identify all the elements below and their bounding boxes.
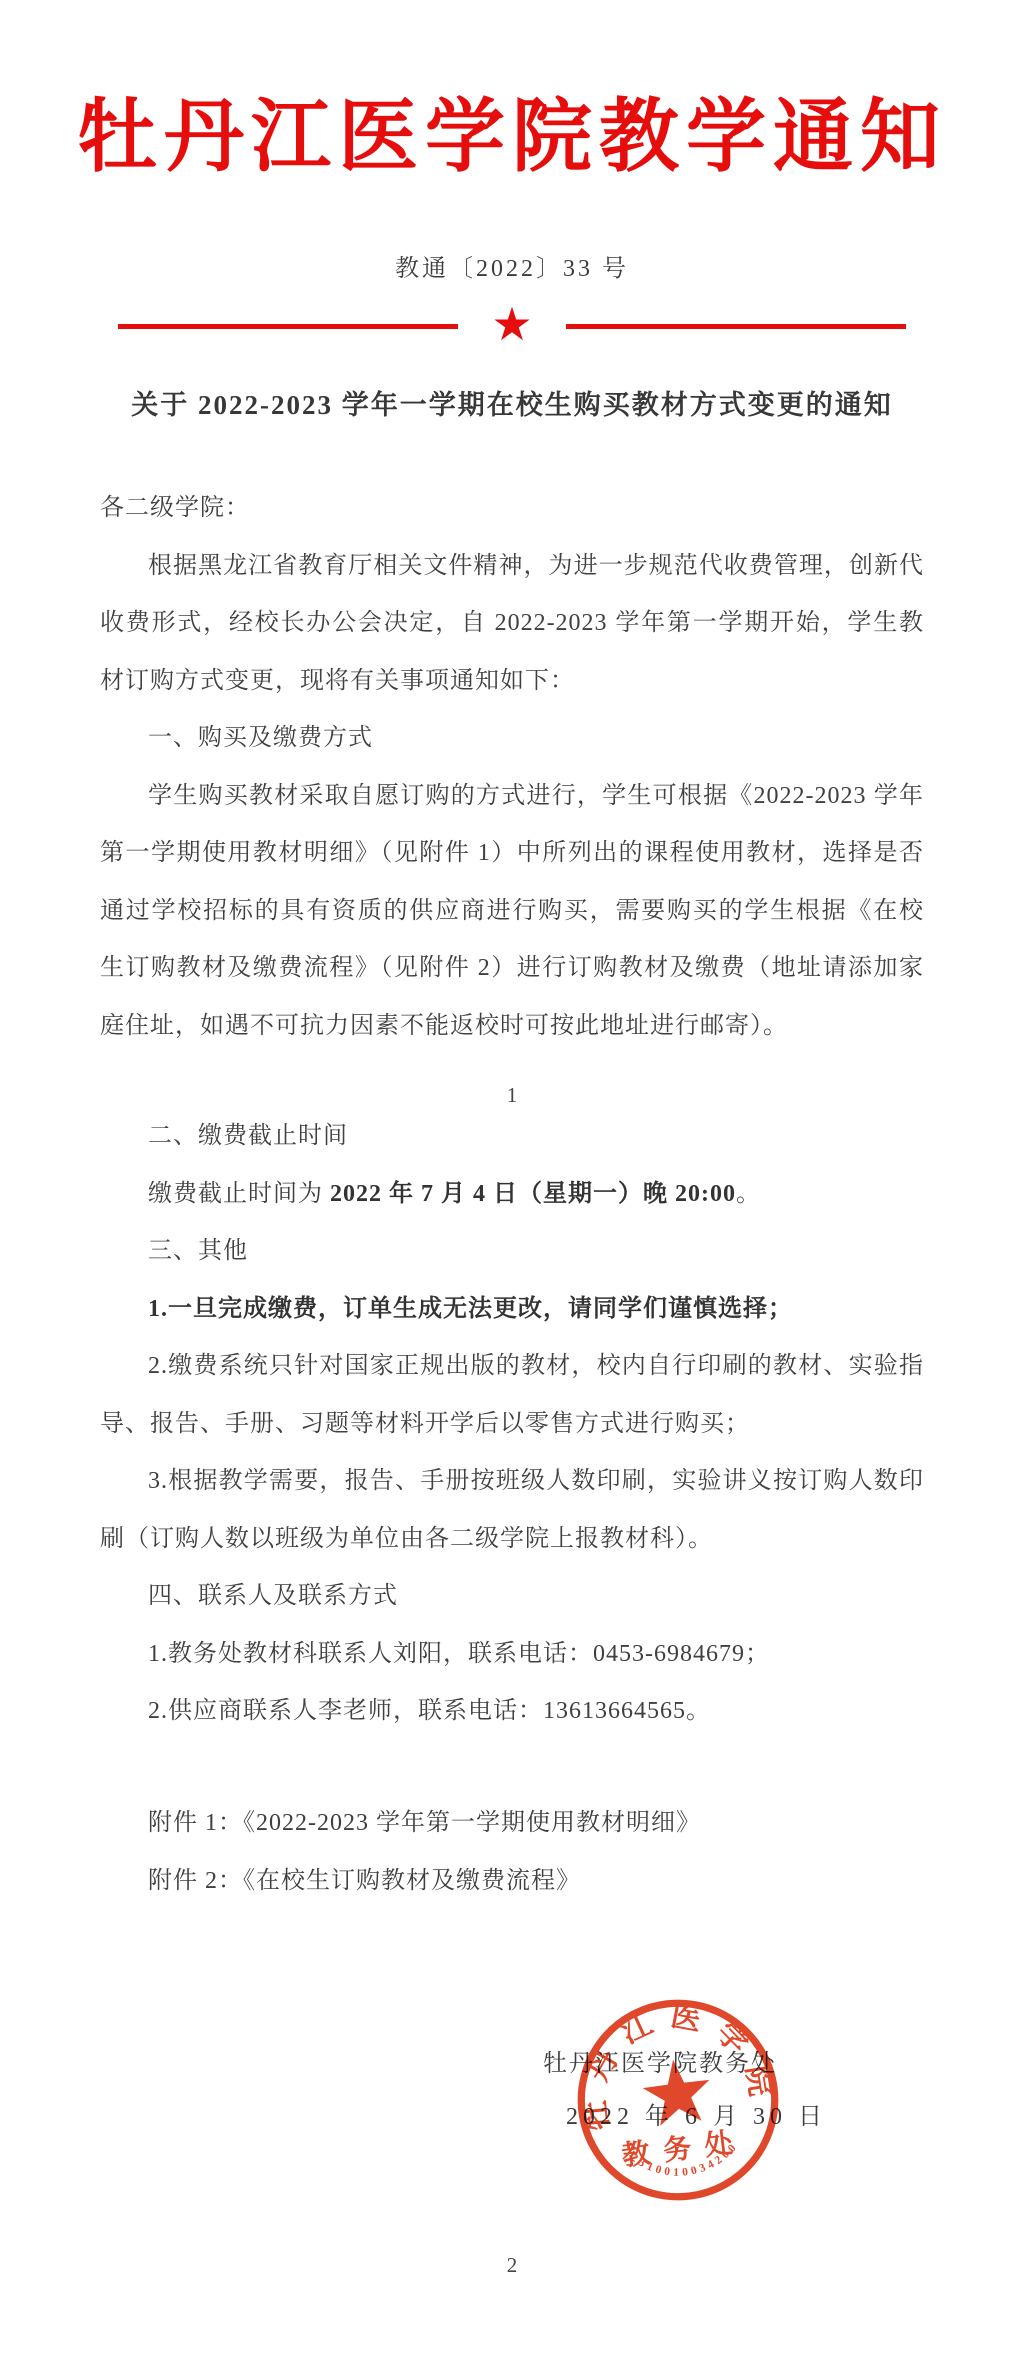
section-4-item-1: 1.教务处教材科联系人刘阳，联系电话：0453-6984679； xyxy=(100,1626,924,1684)
red-divider-left xyxy=(118,324,458,329)
deadline-datetime: 2022 年 7 月 4 日（星期一）晚 20:00 xyxy=(330,1181,736,1207)
attachment-2: 附件 2：《在校生订购教材及缴费流程》 xyxy=(100,1853,924,1911)
seal-arc-text: 牡丹江医学院 xyxy=(574,1996,780,2133)
notice-document-page: 牡丹江医学院教学通知 教通〔2022〕33 号 ★ 关于 2022-2023 学… xyxy=(0,0,1024,2353)
section-3-item-2: 2.缴费系统只针对国家正规出版的教材，校内自行印刷的教材、实验指导、报告、手册、… xyxy=(100,1338,924,1453)
section-2-heading: 二、缴费截止时间 xyxy=(100,1108,924,1166)
page-number-1: 1 xyxy=(0,1083,1024,1108)
official-seal: 牡丹江医学院 教务处 2310010034200 xyxy=(574,1996,782,2204)
seal-star-icon xyxy=(640,2056,714,2128)
page-number-2: 2 xyxy=(0,2253,1024,2278)
red-divider-right xyxy=(566,324,906,329)
section-3-item-1: 1.一旦完成缴费，订单生成无法更改，请同学们谨慎选择； xyxy=(100,1281,924,1339)
section-3-item-3: 3.根据教学需要，报告、手册按班级人数印刷，实验讲义按订购人数印刷（订购人数以班… xyxy=(100,1453,924,1568)
doc-number: 教通〔2022〕33 号 xyxy=(0,248,1024,283)
deadline-prefix: 缴费截止时间为 xyxy=(148,1181,330,1207)
salutation: 各二级学院： xyxy=(100,480,924,538)
section-3-heading: 三、其他 xyxy=(100,1223,924,1281)
body-section-page1: 各二级学院： 根据黑龙江省教育厅相关文件精神，为进一步规范代收费管理，创新代收费… xyxy=(100,480,924,1055)
intro-paragraph: 根据黑龙江省教育厅相关文件精神，为进一步规范代收费管理，创新代收费形式，经校长办… xyxy=(100,538,924,711)
document-title: 关于 2022-2023 学年一学期在校生购买教材方式变更的通知 xyxy=(0,383,1024,422)
attachments-list: 附件 1：《2022-2023 学年第一学期使用教材明细》 附件 2：《在校生订… xyxy=(100,1795,924,1910)
masthead-title: 牡丹江医学院教学通知 xyxy=(0,72,1024,187)
section-2-deadline-line: 缴费截止时间为 2022 年 7 月 4 日（星期一）晚 20:00。 xyxy=(100,1166,924,1224)
attachment-1: 附件 1：《2022-2023 学年第一学期使用教材明细》 xyxy=(100,1795,924,1853)
section-4-item-2: 2.供应商联系人李老师，联系电话：13613664565。 xyxy=(100,1683,924,1741)
body-section-page2: 二、缴费截止时间 缴费截止时间为 2022 年 7 月 4 日（星期一）晚 20… xyxy=(100,1108,924,1741)
deadline-suffix: 。 xyxy=(736,1181,761,1207)
section-1-paragraph: 学生购买教材采取自愿订购的方式进行，学生可根据《2022-2023 学年第一学期… xyxy=(100,768,924,1056)
section-1-heading: 一、购买及缴费方式 xyxy=(100,710,924,768)
star-icon: ★ xyxy=(482,302,542,348)
section-4-heading: 四、联系人及联系方式 xyxy=(100,1568,924,1626)
